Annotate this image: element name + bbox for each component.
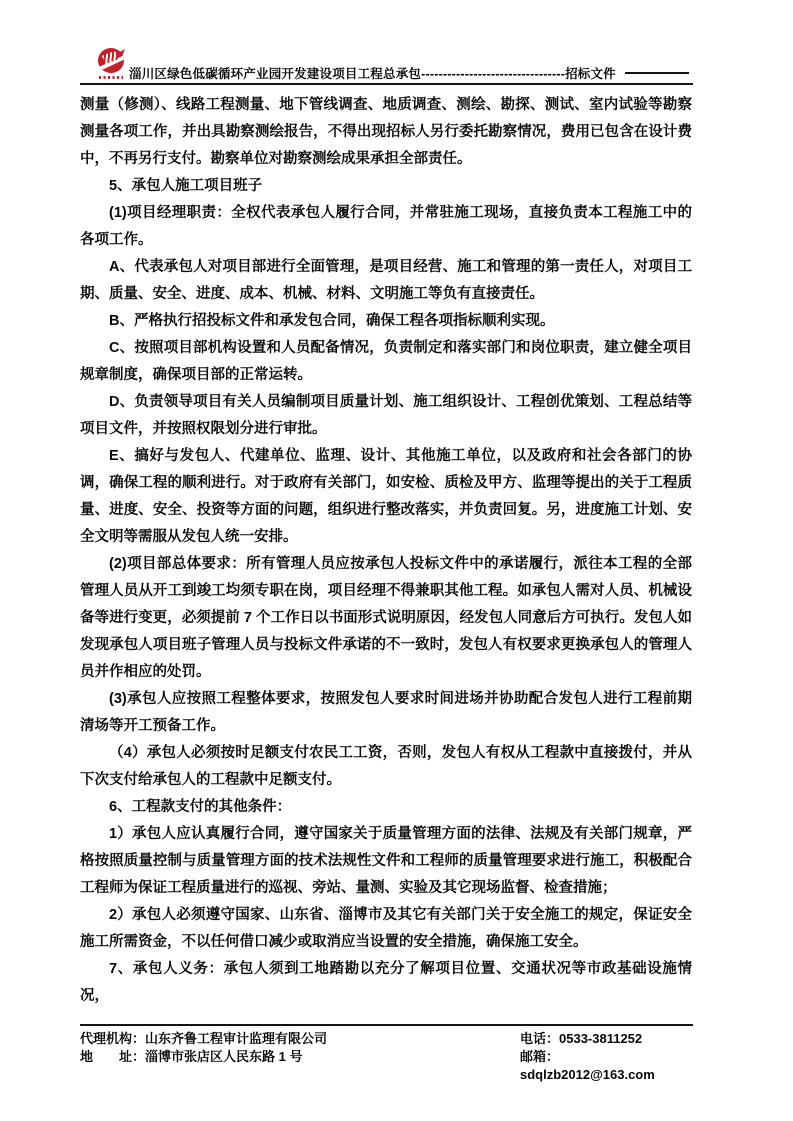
paragraph: 2）承包人必须遵守国家、山东省、淄博市及其它有关部门关于安全施工的规定，保证安全… bbox=[80, 902, 692, 956]
paragraph-section-6: 6、工程款支付的其他条件： bbox=[80, 794, 692, 821]
page-number-line bbox=[625, 72, 689, 74]
paragraph: C、按照项目部机构设置和人员配备情况，负责制定和落实部门和岗位职责，建立健全项目… bbox=[80, 335, 692, 389]
header-title: 淄川区绿色低碳循环产业园开发建设项目工程总承包 bbox=[129, 67, 421, 81]
paragraph: (1)项目经理职责：全权代表承包人履行合同，并常驻施工现场，直接负责本工程施工中… bbox=[80, 200, 692, 254]
paragraph: D、负责领导项目有关人员编制项目质量计划、施工组织设计、工程创优策划、工程总结等… bbox=[80, 389, 692, 443]
doc-type-label: 招标文件 bbox=[565, 67, 616, 81]
document-body: 测量（修测）、线路工程测量、地下管线调查、地质调查、测绘、勘探、测试、室内试验等… bbox=[80, 92, 692, 1010]
paragraph: （4）承包人必须按时足额支付农民工工资，否则，发包人有权从工程款中直接拨付，并从… bbox=[80, 740, 692, 794]
paragraph: B、严格执行招投标文件和承发包合同，确保工程各项指标顺利实现。 bbox=[80, 308, 692, 335]
paragraph-section-7: 7、承包人义务：承包人须到工地踏勘以充分了解项目位置、交通状况等市政基础设施情况… bbox=[80, 956, 692, 1010]
header-dashes: --------------------------------- bbox=[421, 67, 565, 81]
paragraph: (2)项目部总体要求：所有管理人员应按承包人投标文件中的承诺履行，派往本工程的全… bbox=[80, 551, 692, 686]
header-title-line: 淄川区绿色低碳循环产业园开发建设项目工程总承包-----------------… bbox=[129, 64, 689, 82]
paragraph: 测量（修测）、线路工程测量、地下管线调查、地质调查、测绘、勘探、测试、室内试验等… bbox=[80, 92, 692, 173]
paragraph-section-5: 5、承包人施工项目班子 bbox=[80, 173, 692, 200]
document-page: 淄川区绿色低碳循环产业园开发建设项目工程总承包-----------------… bbox=[0, 0, 793, 1121]
paragraph: A、代表承包人对项目部进行全面管理，是项目经营、施工和管理的第一责任人，对项目工… bbox=[80, 254, 692, 308]
logo-icon bbox=[98, 48, 124, 73]
agency-line: 代理机构：山东齐鲁工程审计监理有限公司 bbox=[80, 1030, 327, 1048]
email-line: 邮箱：sdqlzb2012@163.com bbox=[520, 1048, 693, 1084]
company-logo bbox=[98, 48, 128, 84]
paragraph: 1）承包人应认真履行合同，遵守国家关于质量管理方面的法律、法规及有关部门规章，严… bbox=[80, 821, 692, 902]
header-rule bbox=[80, 83, 693, 85]
footer-rule bbox=[80, 1024, 693, 1026]
address-line: 地 址：淄博市张店区人民东路 1 号 bbox=[80, 1048, 327, 1066]
paragraph: (3)承包人应按照工程整体要求，按照发包人要求时间进场并协助配合发包人进行工程前… bbox=[80, 686, 692, 740]
phone-line: 电话：0533-3811252 bbox=[520, 1030, 693, 1048]
logo-subtext bbox=[99, 76, 123, 79]
paragraph: E、搞好与发包人、代建单位、监理、设计、其他施工单位，以及政府和社会各部门的协调… bbox=[80, 443, 692, 551]
